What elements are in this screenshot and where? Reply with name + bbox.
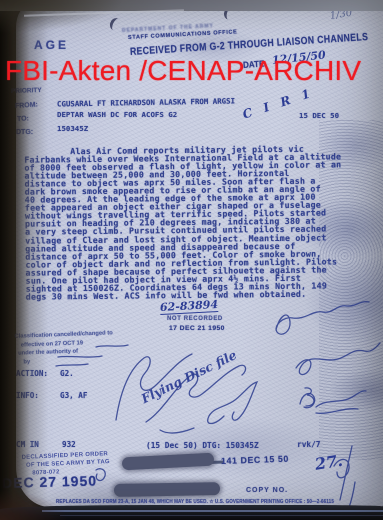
info-value: G3, AF	[60, 391, 87, 400]
form-fine-print: REPLACES DA SCO FORM 23-A, 15 JAN 48, WH…	[56, 499, 334, 505]
cm-in-label: CM IN	[16, 440, 39, 449]
operator-initials: rvk/7	[297, 440, 320, 449]
dtg-value: 150345Z	[57, 124, 88, 133]
photo-bottom-edge	[0, 505, 383, 520]
redaction-bar	[114, 482, 220, 497]
message-body: Alas Air Comd reports military jet pilot…	[24, 144, 342, 300]
next-page-edge-line	[60, 515, 383, 516]
retype-line: (15 Dec 50) DTG: 150345Z	[146, 441, 259, 450]
cm-in-value: 932	[62, 440, 76, 449]
dtg-label: DTG:	[16, 129, 33, 136]
typed-date: 15 DEC 50	[299, 111, 339, 120]
action-value: G2.	[60, 369, 74, 378]
action-label: ACTION:	[16, 369, 48, 378]
next-page-edge-line	[42, 510, 383, 512]
document-photo: AGE DEPARTMENT OF THE ARMY STAFF COMMUNI…	[0, 0, 383, 520]
declassification-stamp: Classification cancelled/changed to effe…	[14, 329, 113, 367]
dec-27-1950-stamp: DEC 27 1950	[2, 473, 97, 491]
message-form-fragment: AGE	[34, 38, 69, 52]
to-value: DEPTAR WASH DC FOR ACOFS G2	[57, 110, 177, 119]
priority-label: PRIORITY	[11, 87, 42, 95]
to-label: TO:	[17, 115, 29, 123]
fbi-date-stamp: 17 DEC 21 1950	[169, 325, 225, 332]
not-recorded-stamp: NOT RECORDED	[167, 316, 223, 322]
info-label: INFO:	[16, 391, 39, 400]
copy-no-label: COPY NO.	[246, 487, 288, 494]
archive-watermark: FBI-Akten /CENAP-ARCHIV	[5, 55, 361, 87]
